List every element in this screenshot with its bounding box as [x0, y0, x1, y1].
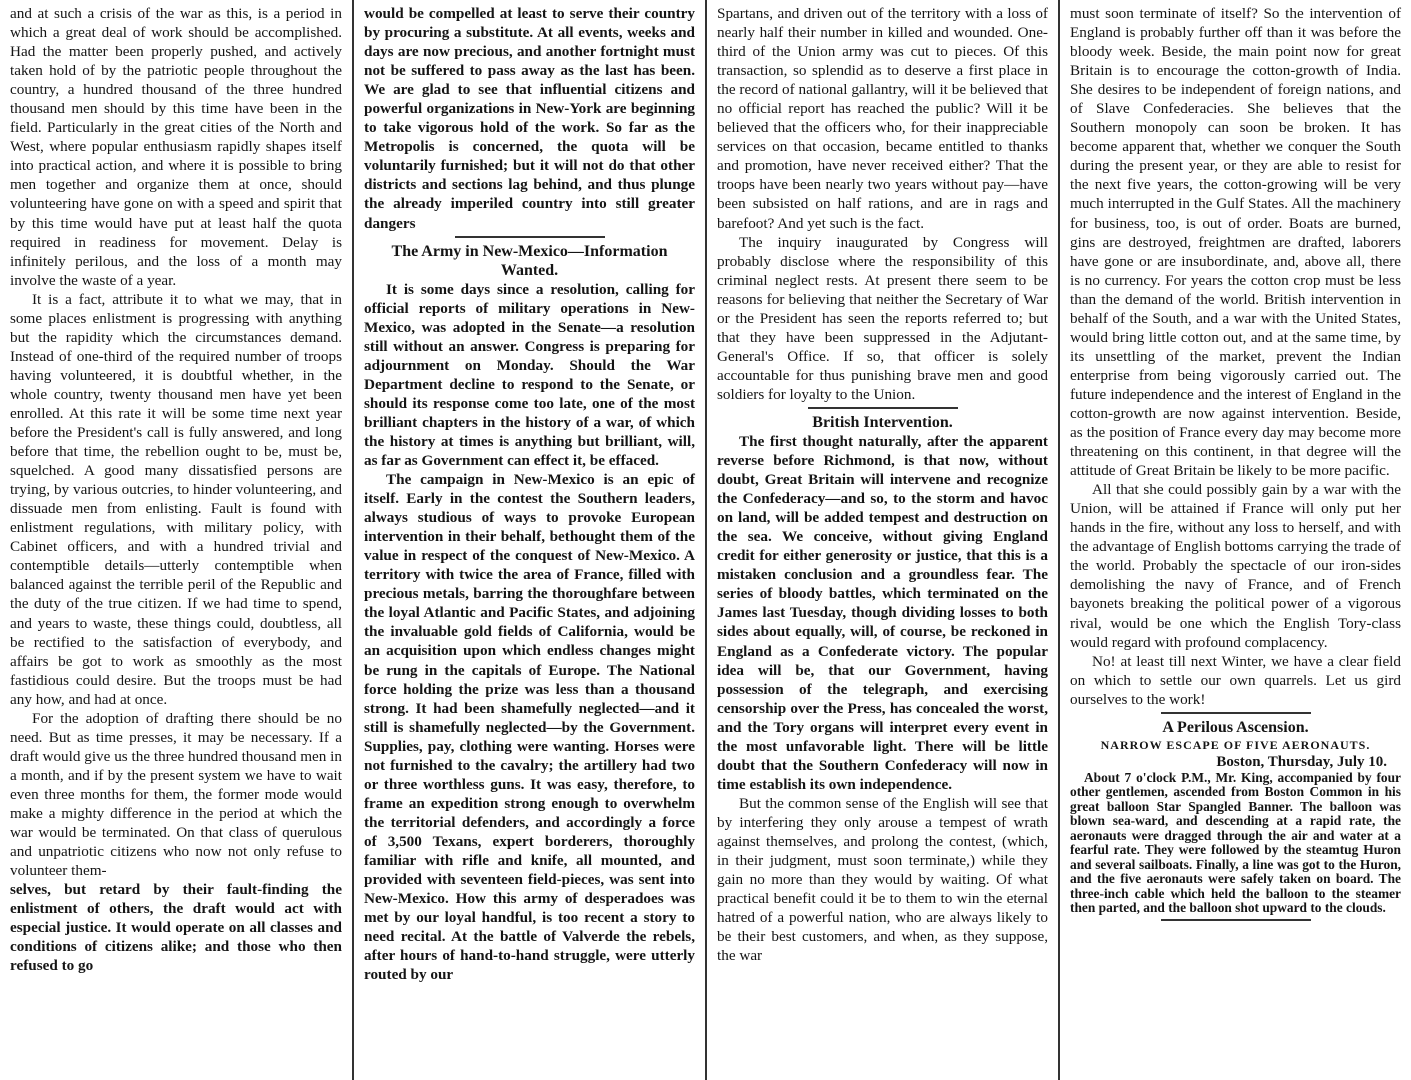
column-2: would be compelled at least to serve the… [352, 0, 705, 1080]
paragraph: must soon terminate of itself? So the in… [1070, 4, 1401, 480]
article-dateline: Boston, Thursday, July 10. [1070, 753, 1401, 771]
column-3: Spartans, and driven out of the territor… [705, 0, 1058, 1080]
paragraph: For the adoption of drafting there shoul… [10, 709, 342, 880]
paragraph: About 7 o'clock P.M., Mr. King, accompan… [1070, 771, 1401, 916]
column-1: and at such a crisis of the war as this,… [0, 0, 352, 1080]
paragraph: selves, but retard by their fault-findin… [10, 880, 342, 975]
paragraph: The inquiry inaugurated by Congress will… [717, 233, 1048, 404]
article-headline: A Perilous Ascension. [1070, 718, 1401, 737]
paragraph: All that she could possibly gain by a wa… [1070, 480, 1401, 651]
paragraph: The campaign in New-Mexico is an epic of… [364, 470, 695, 984]
article-body: About 7 o'clock P.M., Mr. King, accompan… [1070, 771, 1401, 916]
paragraph: The first thought naturally, after the a… [717, 432, 1048, 794]
section-divider [808, 407, 958, 409]
paragraph: It is some days since a resolution, call… [364, 280, 695, 470]
paragraph: Spartans, and driven out of the territor… [717, 4, 1048, 233]
paragraph: and at such a crisis of the war as this,… [10, 4, 342, 290]
article-subhead: NARROW ESCAPE OF FIVE AERONAUTS. [1070, 737, 1401, 753]
paragraph: would be compelled at least to serve the… [364, 4, 695, 233]
article-headline: British Intervention. [717, 413, 1048, 432]
paragraph: But the common sense of the English will… [717, 794, 1048, 965]
paragraph: It is a fact, attribute it to what we ma… [10, 290, 342, 709]
newspaper-clipping-page: and at such a crisis of the war as this,… [0, 0, 1411, 1080]
section-divider [1161, 712, 1311, 714]
column-4: must soon terminate of itself? So the in… [1058, 0, 1411, 1080]
section-divider [1161, 919, 1311, 921]
paragraph: No! at least till next Winter, we have a… [1070, 652, 1401, 709]
section-divider [455, 236, 605, 238]
article-headline: The Army in New-Mexico—Information Wante… [364, 242, 695, 280]
